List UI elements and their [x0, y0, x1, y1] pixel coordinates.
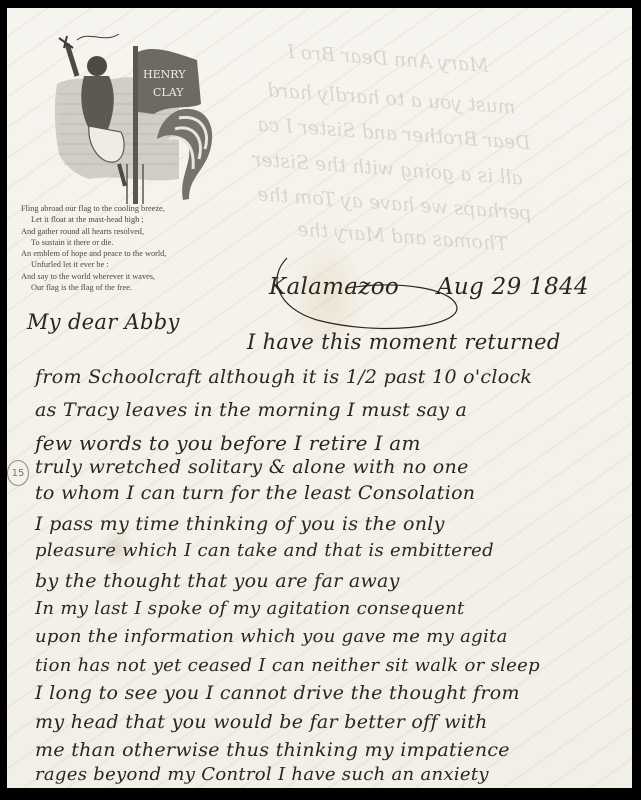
bleed-through-line: must you a to hardly hard	[267, 79, 517, 118]
letter-line: I pass my time thinking of you is the on…	[35, 513, 445, 535]
letter-line: to whom I can turn for the least Consola…	[35, 482, 475, 504]
dateline-place: Kalamazoo	[269, 274, 399, 300]
letter-line: truly wretched solitary & alone with no …	[35, 456, 469, 478]
letter-line: I long to see you I cannot drive the tho…	[35, 682, 520, 704]
poem-line: Unfurled let it ever be :	[21, 259, 231, 270]
poem-line: To sustain it there or die.	[21, 237, 231, 248]
letter-line: me than otherwise thus thinking my impat…	[35, 739, 510, 761]
poem-line: Our flag is the flag of the free.	[21, 282, 231, 293]
letter-line: as Tracy leaves in the morning I must sa…	[35, 399, 467, 421]
letter-line: In my last I spoke of my agitation conse…	[35, 598, 465, 619]
poem-line: Let it float at the mast-head high ;	[21, 214, 231, 225]
letter-line: rages beyond my Control I have such an a…	[35, 764, 489, 785]
salutation: My dear Abby	[27, 310, 180, 334]
letter-line: by the thought that you are far away	[35, 570, 400, 592]
letter-line: pleasure which I can take and that is em…	[35, 540, 494, 561]
svg-text:HENRY: HENRY	[143, 68, 186, 81]
bleed-through-line: Mary Ann Dear Bro I	[286, 41, 489, 77]
letter-line: few words to you before I retire I am	[35, 431, 421, 455]
poem-line: And gather round all hearts resolved,	[21, 226, 231, 237]
svg-text:CLAY: CLAY	[153, 86, 184, 99]
poem-line: An emblem of hope and peace to the world…	[21, 248, 231, 259]
poem-line: And say to the world wherever it waves,	[21, 271, 231, 282]
poem-line: Fling abroad our flag to the cooling bre…	[21, 203, 231, 214]
letter-line: my head that you would be far better off…	[35, 711, 488, 733]
letter-line: tion has not yet ceased I can neither si…	[35, 655, 540, 676]
letter-line: I have this moment returned	[247, 330, 561, 354]
letterhead-poem: Fling abroad our flag to the cooling bre…	[21, 203, 231, 293]
bleed-through-line: all is a going with the Sister	[252, 149, 524, 190]
henry-clay-flag-engraving-icon: HENRY CLAY	[29, 14, 224, 204]
margin-page-number: 15	[7, 460, 29, 486]
letter-line: from Schoolcraft although it is 1/2 past…	[35, 366, 532, 388]
bleed-through-line: Dear Brother and Sister I ca	[257, 113, 532, 154]
dateline-date: Aug 29 1844	[437, 274, 589, 300]
letter-page: Mary Ann Dear Bro I must you a to hardly…	[7, 8, 632, 788]
letter-line: upon the information which you gave me m…	[35, 626, 508, 647]
